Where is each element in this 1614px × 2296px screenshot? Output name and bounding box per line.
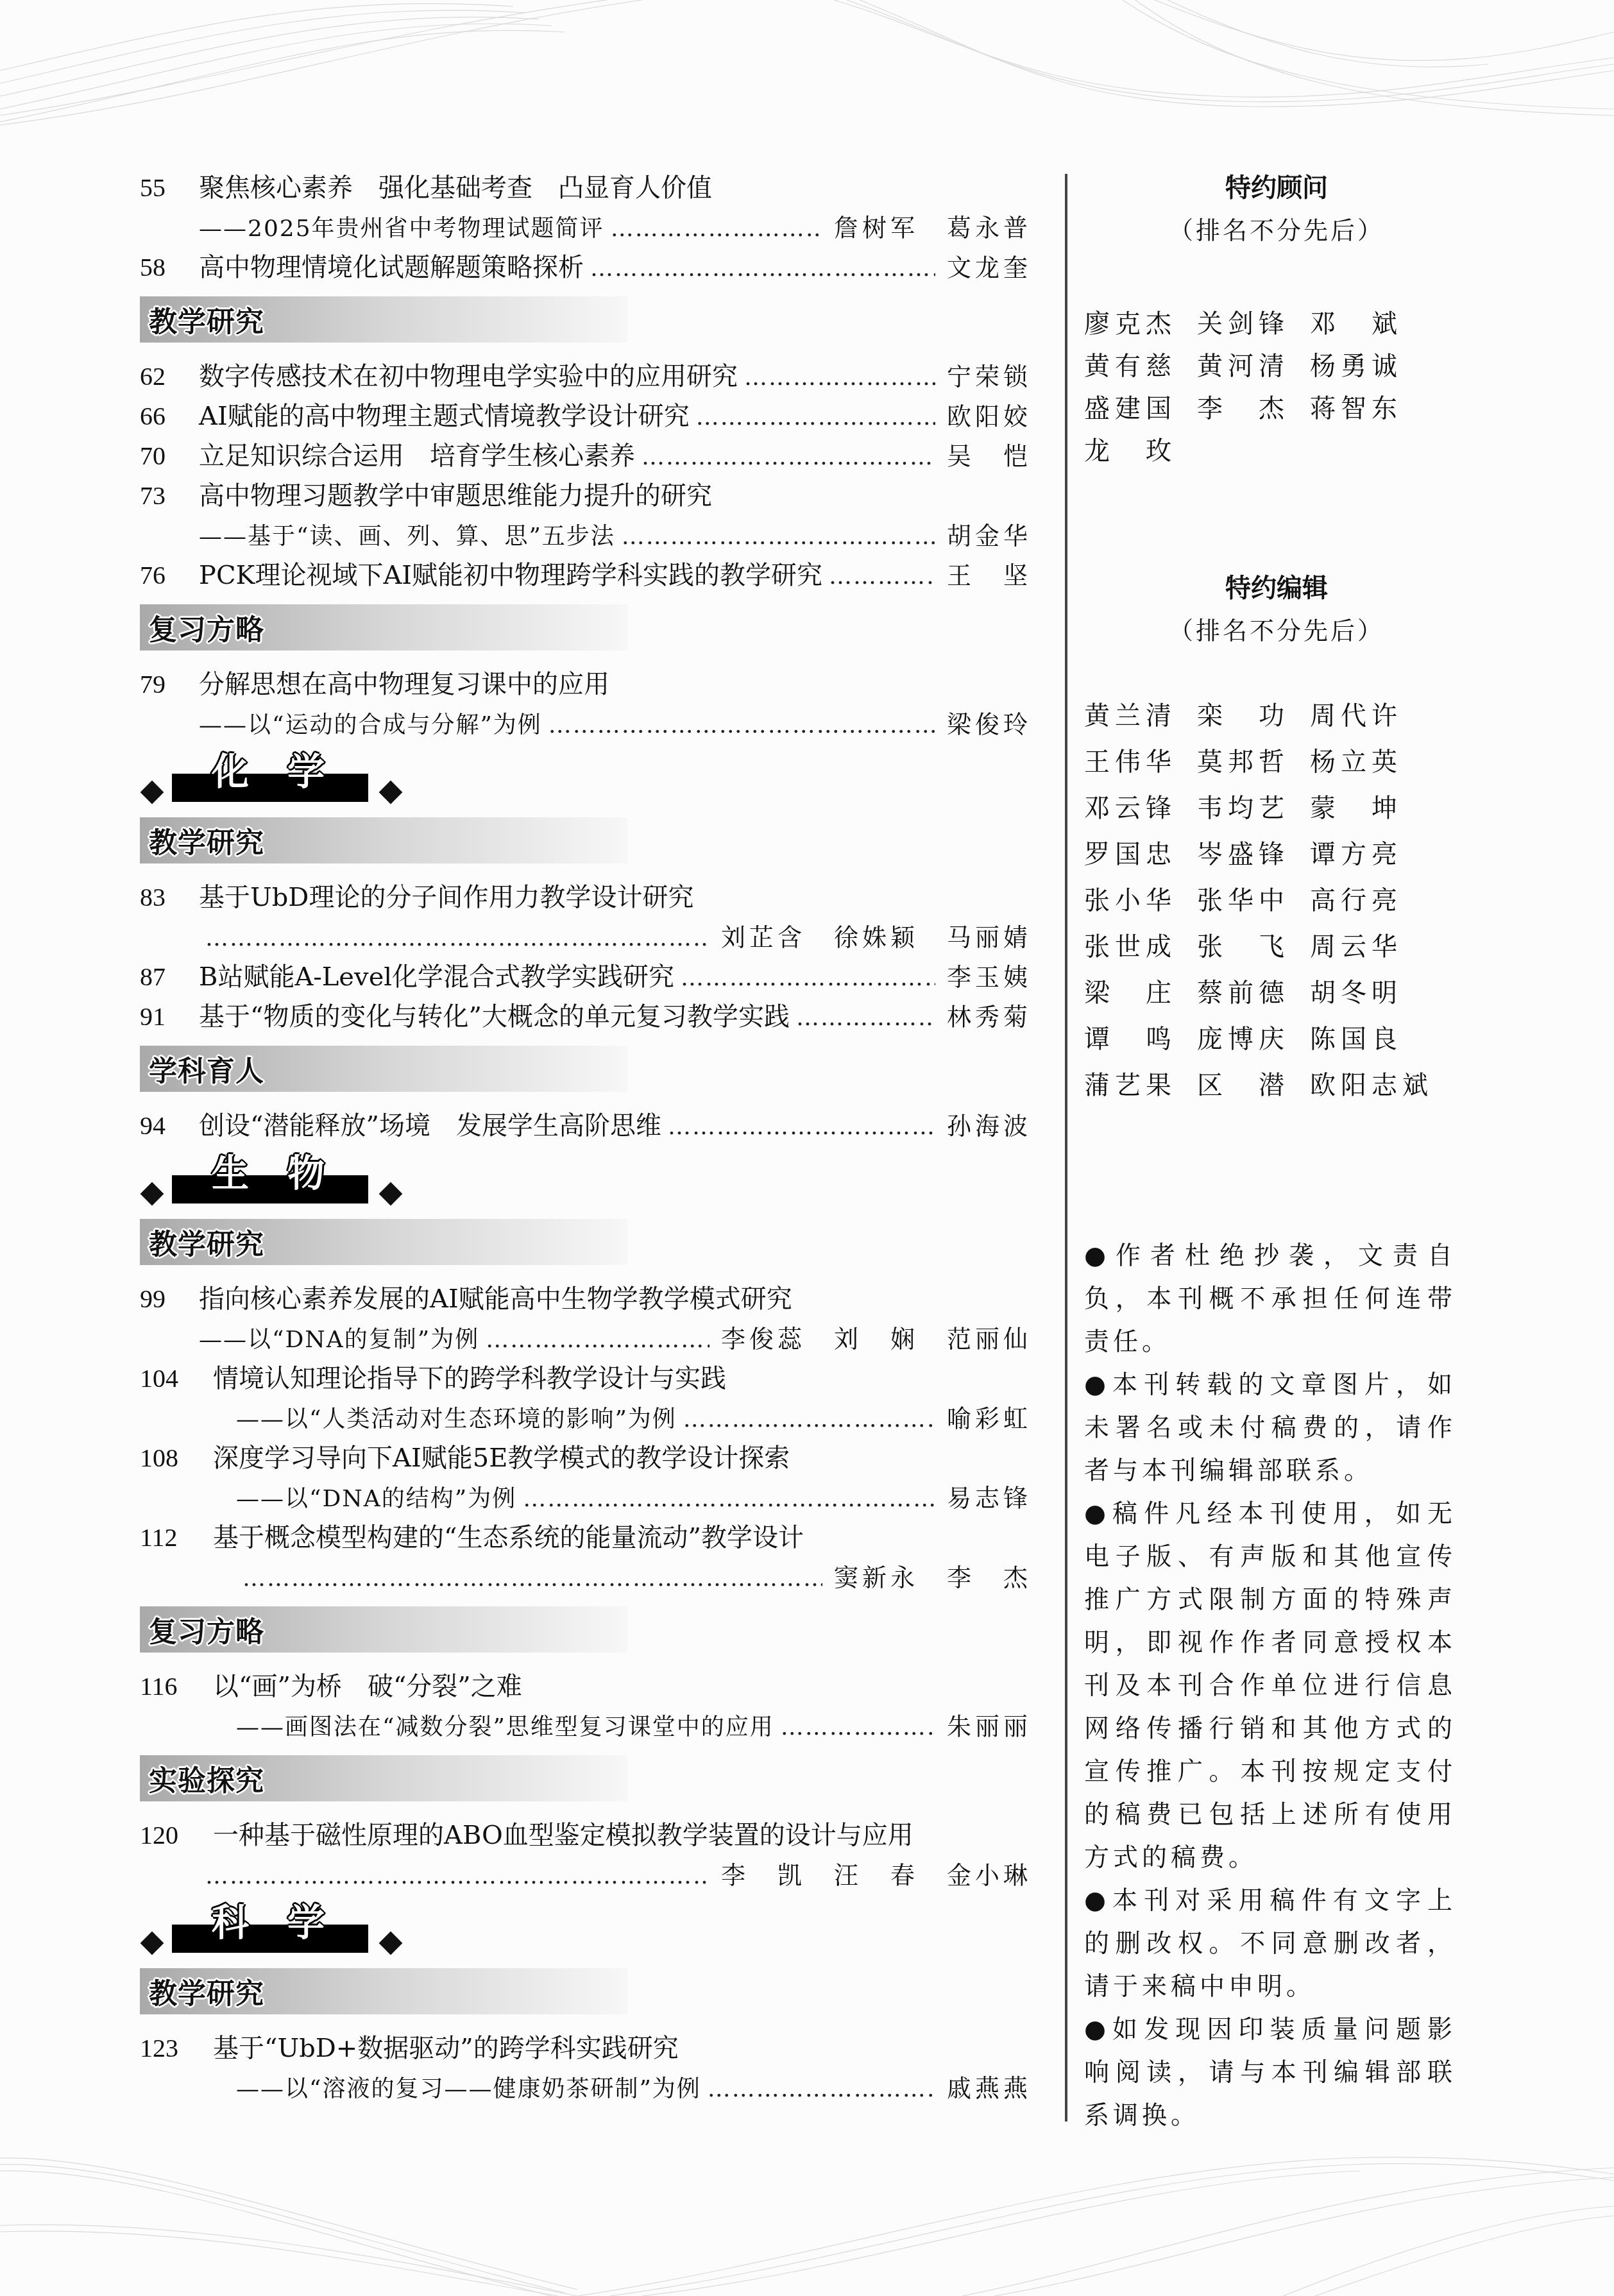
subject-banner-chemistry: 化学 (140, 747, 1032, 808)
article-title: 基于“物质的变化与转化”大概念的单元复习教学实践 (199, 997, 790, 1037)
toc-entry[interactable]: 123 基于“UbD+数据驱动”的跨学科实践研究 (140, 2028, 1032, 2068)
article-authors: 孙海波 (947, 1106, 1032, 1146)
subject-banner-science: 科学 (140, 1898, 1032, 1959)
advisor-name: 黄有慈 (1084, 345, 1197, 387)
page-number: 87 (140, 957, 199, 997)
leader-dots (708, 2070, 935, 2109)
editor-name: 张小华 (1084, 878, 1197, 924)
page-number: 66 (140, 396, 199, 436)
editor-name: 罗国忠 (1084, 831, 1197, 878)
editors-heading: 特约编辑 (1084, 568, 1469, 608)
editor-name: 蔡前德 (1197, 970, 1310, 1016)
article-title: 数字传感技术在初中物理电学实验中的应用研究 (199, 357, 738, 396)
article-title: 高中物理习题教学中审题思维能力提升的研究 (199, 476, 712, 516)
toc-entry[interactable]: 94 创设“潜能释放”场境 发展学生高阶思维 孙海波 (140, 1106, 1032, 1146)
editor-name: 岑盛锋 (1197, 831, 1310, 878)
article-title: 高中物理情境化试题解题策略探析 (199, 248, 584, 287)
article-title: 聚焦核心素养 强化基础考查 凸显育人价值 (199, 168, 712, 208)
editor-name: 王伟华 (1084, 739, 1197, 785)
leader-dots (668, 1107, 935, 1147)
toc-entry[interactable]: 91 基于“物质的变化与转化”大概念的单元复习教学实践 林秀菊 (140, 997, 1032, 1037)
toc-entry[interactable]: 58 高中物理情境化试题解题策略探析 文龙奎 (140, 248, 1032, 287)
article-title: 基于“UbD+数据驱动”的跨学科实践研究 (213, 2028, 679, 2068)
diamond-icon (140, 1182, 164, 1206)
subject-label: 科学 (212, 1892, 363, 1946)
toc-entry-subtitle: ——以“人类活动对生态环境的影响”为例 喻彩虹 (140, 1399, 1032, 1438)
article-title: 基于概念模型构建的“生态系统的能量流动”教学设计 (213, 1518, 804, 1558)
diamond-icon (379, 1932, 403, 1955)
leader-dots (681, 958, 935, 998)
toc-entry[interactable]: 66 AI赋能的高中物理主题式情境教学设计研究 欧阳姣 (140, 396, 1032, 436)
advisor-name: 邓 斌 (1310, 303, 1438, 345)
table-of-contents: 55 聚焦核心素养 强化基础考查 凸显育人价值 ——2025年贵州省中考物理试题… (140, 168, 1032, 2108)
page-number: 79 (140, 665, 199, 704)
page-number: 62 (140, 357, 199, 396)
article-authors: 李玉姨 (947, 957, 1032, 997)
subject-banner-biology: 生物 (140, 1148, 1032, 1210)
column-divider (1065, 174, 1067, 2122)
article-subtitle: ——以“运动的合成与分解”为例 (199, 706, 542, 745)
article-subtitle: ——2025年贵州省中考物理试题简评 (199, 209, 604, 249)
diamond-icon (140, 1932, 164, 1955)
page-number: 120 (140, 1816, 213, 1855)
article-subtitle: ——以“人类活动对生态环境的影响”为例 (236, 1400, 677, 1440)
article-authors: 吴 恺 (947, 436, 1032, 476)
toc-entry-subtitle: ——基于“读、画、列、算、思”五步法 胡金华 (140, 516, 1032, 556)
toc-entry[interactable]: 87 B站赋能A-Level化学混合式教学实践研究 李玉姨 (140, 957, 1032, 997)
editor-name: 邓云锋 (1084, 785, 1197, 831)
editor-name: 周代许 (1310, 693, 1438, 739)
page-number: 123 (140, 2028, 213, 2068)
toc-entry[interactable]: 108 深度学习导向下AI赋能5E教学模式的教学设计探索 (140, 1438, 1032, 1478)
page-number: 108 (140, 1438, 213, 1478)
article-authors: 文龙奎 (947, 248, 1032, 287)
editor-name: 陈国良 (1310, 1016, 1438, 1062)
article-title: 情境认知理论指导下的跨学科教学设计与实践 (213, 1359, 726, 1399)
article-title: PCK理论视域下AI赋能初中物理跨学科实践的教学研究 (199, 556, 822, 595)
editor-name: 庞博庆 (1197, 1016, 1310, 1062)
toc-entry-subtitle: ——以“运动的合成与分解”为例 梁俊玲 (140, 704, 1032, 744)
article-authors: 易志锋 (947, 1478, 1032, 1518)
editor-name: 欧阳志斌 (1310, 1062, 1438, 1109)
leader-dots (590, 249, 935, 289)
section-header-teaching-research: 教学研究 (140, 817, 627, 863)
diamond-icon (379, 1182, 403, 1206)
page-number: 94 (140, 1106, 199, 1146)
article-authors: 李俊蕊 刘 娴 范丽仙 (721, 1319, 1032, 1359)
page-number: 73 (140, 476, 199, 516)
notice-print-quality: ●如发现因印装质量问题影响阅读，请与本刊编辑部联系调换。 (1084, 2008, 1456, 2137)
section-header-teaching-research: 教学研究 (140, 1219, 627, 1265)
article-authors: 戚燕燕 (947, 2068, 1032, 2108)
article-subtitle: ——以“DNA的结构”为例 (236, 1479, 516, 1519)
leader-dots (641, 438, 935, 477)
editor-name: 区 潜 (1197, 1062, 1310, 1109)
article-authors: 王 坚 (947, 556, 1032, 595)
article-authors: 窦新永 李 杰 (834, 1558, 1032, 1597)
article-authors: 胡金华 (947, 516, 1032, 556)
leader-dots (744, 358, 935, 398)
advisor-name: 李 杰 (1197, 387, 1310, 430)
leader-dots (781, 1708, 935, 1748)
leader-dots (796, 998, 935, 1038)
article-authors: 詹树军 葛永普 (834, 208, 1032, 248)
notice-editing-rights: ●本刊对采用稿件有文字上的删改权。不同意删改者，请于来稿中申明。 (1084, 1879, 1456, 2008)
advisor-name: 廖克杰 (1084, 303, 1197, 345)
advisors-names: 廖克杰 关剑锋 邓 斌 黄有慈 黄河清 杨勇诚 盛建国 李 杰 蒋智东 龙 玫 (1084, 303, 1469, 472)
section-header-subject-education: 学科育人 (140, 1046, 627, 1092)
section-header-review-strategy: 复习方略 (140, 1606, 627, 1653)
article-authors: 欧阳姣 (947, 396, 1032, 436)
toc-entry-subtitle: 刘芷含 徐姝颖 马丽婧 (140, 917, 1032, 957)
article-title: 基于UbD理论的分子间作用力教学设计研究 (199, 878, 693, 917)
leader-dots (486, 1320, 709, 1360)
advisor-name: 关剑锋 (1197, 303, 1310, 345)
page-number: 104 (140, 1359, 213, 1399)
leader-dots (548, 706, 935, 745)
editor-name: 黄兰清 (1084, 693, 1197, 739)
leader-dots (205, 1857, 709, 1896)
toc-entry[interactable]: 116 以“画”为桥 破“分裂”之难 (140, 1667, 1032, 1706)
toc-entry-subtitle: ——以“DNA的结构”为例 易志锋 (140, 1478, 1032, 1518)
article-authors: 李 凯 汪 春 金小琳 (721, 1855, 1032, 1895)
article-authors: 刘芷含 徐姝颖 马丽婧 (721, 917, 1032, 957)
editors-names: 黄兰清 栾 功 周代许 王伟华 莫邦哲 杨立英 邓云锋 韦均艺 蒙 坤 罗国忠 … (1084, 693, 1469, 1109)
advisor-name: 盛建国 (1084, 387, 1197, 430)
leader-dots (829, 557, 935, 597)
article-subtitle: ——画图法在“减数分裂”思维型复习课堂中的应用 (236, 1708, 774, 1748)
article-title: 以“画”为桥 破“分裂”之难 (213, 1667, 522, 1706)
article-subtitle: ——基于“读、画、列、算、思”五步法 (199, 517, 615, 557)
editor-name: 谭方亮 (1310, 831, 1438, 878)
leader-dots (205, 919, 709, 958)
leader-dots (523, 1479, 935, 1519)
notice-authorization: ●稿件凡经本刊使用，如无电子版、有声版和其他宣传推广方式限制方面的特殊声明，即视… (1084, 1492, 1456, 1879)
article-title: 深度学习导向下AI赋能5E教学模式的教学设计探索 (213, 1438, 790, 1478)
subject-label: 化学 (212, 742, 363, 795)
toc-entry[interactable]: 55 聚焦核心素养 强化基础考查 凸显育人价值 (140, 168, 1032, 208)
article-title: 指向核心素养发展的AI赋能高中生物学教学模式研究 (199, 1279, 792, 1319)
article-authors: 梁俊玲 (947, 704, 1032, 744)
advisor-name: 黄河清 (1197, 345, 1310, 387)
diamond-icon (140, 781, 164, 804)
article-authors: 喻彩虹 (947, 1399, 1032, 1438)
article-title: B站赋能A-Level化学混合式教学实践研究 (199, 957, 674, 997)
editors-note: （排名不分先后） (1084, 608, 1469, 653)
editor-name: 张世成 (1084, 924, 1197, 970)
article-title: 创设“潜能释放”场境 发展学生高阶思维 (199, 1106, 661, 1146)
editor-name: 胡冬明 (1310, 970, 1438, 1016)
editor-name: 张华中 (1197, 878, 1310, 924)
toc-entry-subtitle: ——2025年贵州省中考物理试题简评 詹树军 葛永普 (140, 208, 1032, 248)
section-header-teaching-research: 教学研究 (140, 296, 627, 343)
editor-name: 梁 庄 (1084, 970, 1197, 1016)
article-title: AI赋能的高中物理主题式情境教学设计研究 (199, 396, 690, 436)
editor-name: 莫邦哲 (1197, 739, 1310, 785)
editor-name: 蒙 坤 (1310, 785, 1438, 831)
editor-name: 谭 鸣 (1084, 1016, 1197, 1062)
copyright-notices: ●作者杜绝抄袭，文责自负，本刊概不承担任何连带责任。 ●本刊转载的文章图片，如未… (1084, 1234, 1456, 2137)
article-authors: 宁荣锁 (947, 357, 1032, 396)
notice-plagiarism: ●作者杜绝抄袭，文责自负，本刊概不承担任何连带责任。 (1084, 1234, 1456, 1363)
article-authors: 林秀菊 (947, 997, 1032, 1037)
leader-dots (611, 209, 822, 249)
editor-name: 杨立英 (1310, 739, 1438, 785)
editor-name: 高行亮 (1310, 878, 1438, 924)
toc-entry[interactable]: 62 数字传感技术在初中物理电学实验中的应用研究 宁荣锁 (140, 357, 1032, 396)
page-number: 58 (140, 248, 199, 287)
leader-dots (696, 398, 935, 438)
page-number: 91 (140, 997, 199, 1037)
leader-dots (683, 1400, 935, 1440)
page-number: 76 (140, 556, 199, 595)
toc-entry[interactable]: 70 立足知识综合运用 培育学生核心素养 吴 恺 (140, 436, 1032, 476)
toc-entry-subtitle: ——画图法在“减数分裂”思维型复习课堂中的应用 朱丽丽 (140, 1706, 1032, 1746)
toc-entry[interactable]: 79 分解思想在高中物理复习课中的应用 (140, 665, 1032, 704)
page-number: 116 (140, 1667, 213, 1706)
article-authors: 朱丽丽 (947, 1706, 1032, 1746)
editor-name: 张 飞 (1197, 924, 1310, 970)
notice-reprint: ●本刊转载的文章图片，如未署名或未付稿费的，请作者与本刊编辑部联系。 (1084, 1363, 1456, 1492)
leader-dots (242, 1559, 822, 1599)
page-number: 99 (140, 1279, 199, 1319)
toc-entry[interactable]: 99 指向核心素养发展的AI赋能高中生物学教学模式研究 (140, 1279, 1032, 1319)
toc-entry-subtitle: 窦新永 李 杰 (140, 1558, 1032, 1597)
article-title: 一种基于磁性原理的ABO血型鉴定模拟教学装置的设计与应用 (213, 1816, 913, 1855)
page-number: 112 (140, 1518, 213, 1558)
article-subtitle: ——以“溶液的复习——健康奶茶研制”为例 (236, 2070, 701, 2109)
advisor-name: 龙 玫 (1084, 430, 1197, 472)
toc-entry[interactable]: 112 基于概念模型构建的“生态系统的能量流动”教学设计 (140, 1518, 1032, 1558)
toc-entry-subtitle: 李 凯 汪 春 金小琳 (140, 1855, 1032, 1895)
editor-name: 蒲艺果 (1084, 1062, 1197, 1109)
toc-entry[interactable]: 83 基于UbD理论的分子间作用力教学设计研究 (140, 878, 1032, 917)
article-subtitle: ——以“DNA的复制”为例 (199, 1320, 479, 1360)
toc-entry[interactable]: 76 PCK理论视域下AI赋能初中物理跨学科实践的教学研究 王 坚 (140, 556, 1032, 595)
toc-entry-subtitle: ——以“DNA的复制”为例 李俊蕊 刘 娴 范丽仙 (140, 1319, 1032, 1359)
decorative-wave-bottom (0, 2129, 1614, 2296)
editor-name: 韦均艺 (1197, 785, 1310, 831)
section-header-experiment-inquiry: 实验探究 (140, 1755, 627, 1801)
advisor-name: 杨勇诚 (1310, 345, 1438, 387)
advisors-note: （排名不分先后） (1084, 208, 1469, 253)
toc-entry-subtitle: ——以“溶液的复习——健康奶茶研制”为例 戚燕燕 (140, 2068, 1032, 2108)
article-title: 立足知识综合运用 培育学生核心素养 (199, 436, 635, 476)
page-number: 70 (140, 436, 199, 476)
editors-block: 特约编辑 （排名不分先后） 黄兰清 栾 功 周代许 王伟华 莫邦哲 杨立英 邓云… (1084, 568, 1469, 1109)
page-number: 55 (140, 168, 199, 208)
decorative-wave-top (0, 0, 1614, 148)
advisors-block: 特约顾问 （排名不分先后） 廖克杰 关剑锋 邓 斌 黄有慈 黄河清 杨勇诚 盛建… (1084, 168, 1469, 472)
toc-entry[interactable]: 73 高中物理习题教学中审题思维能力提升的研究 (140, 476, 1032, 516)
leader-dots (622, 517, 935, 557)
subject-label: 生物 (212, 1143, 363, 1197)
sidebar: 特约顾问 （排名不分先后） 廖克杰 关剑锋 邓 斌 黄有慈 黄河清 杨勇诚 盛建… (1084, 168, 1469, 2137)
diamond-icon (379, 781, 403, 804)
toc-entry[interactable]: 120 一种基于磁性原理的ABO血型鉴定模拟教学装置的设计与应用 (140, 1816, 1032, 1855)
article-title: 分解思想在高中物理复习课中的应用 (199, 665, 609, 704)
advisor-name: 蒋智东 (1310, 387, 1438, 430)
section-header-teaching-research: 教学研究 (140, 1968, 627, 2014)
editor-name: 周云华 (1310, 924, 1438, 970)
section-header-review-strategy: 复习方略 (140, 604, 627, 651)
advisors-heading: 特约顾问 (1084, 168, 1469, 208)
editor-name: 栾 功 (1197, 693, 1310, 739)
page-number: 83 (140, 878, 199, 917)
toc-entry[interactable]: 104 情境认知理论指导下的跨学科教学设计与实践 (140, 1359, 1032, 1399)
